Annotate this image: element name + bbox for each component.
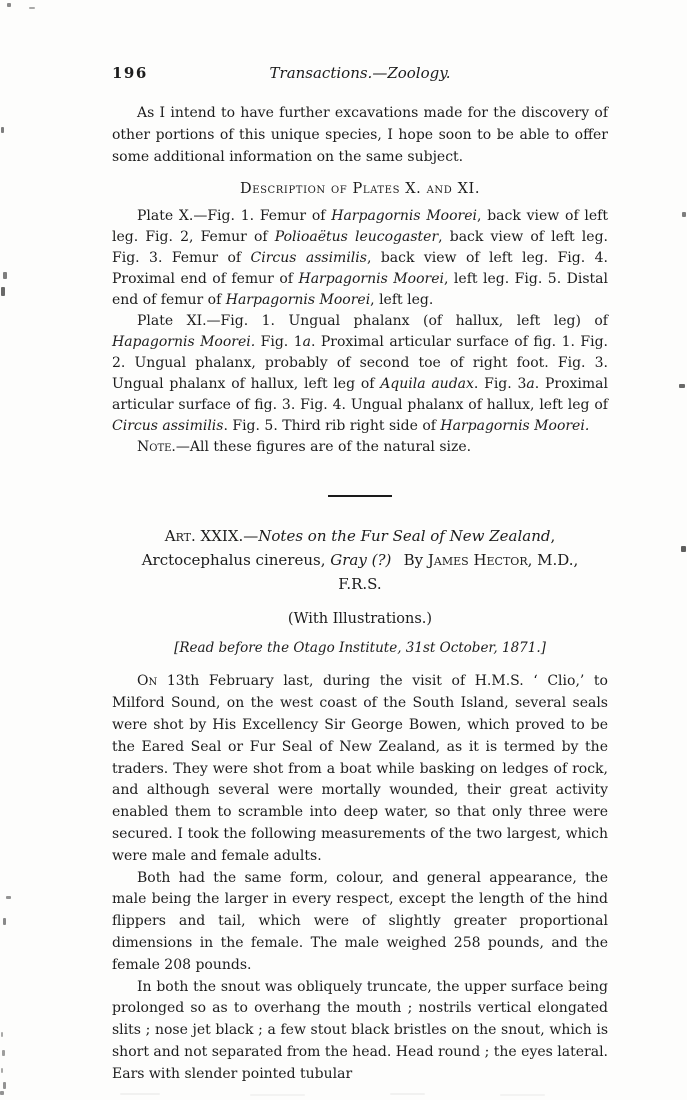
article-title: Art. XXIX.—Notes on the Fur Seal of New … [112, 524, 608, 596]
article-subtitle: (With Illustrations.) [112, 611, 608, 627]
article-paragraph-3: In both the snout was obliquely truncate… [112, 977, 608, 1086]
page-header: 196 Transactions.—Zoology. [112, 64, 608, 86]
scan-speck [1, 127, 4, 133]
scan-speck [1, 1068, 3, 1073]
plate-x-paragraph: Plate X.—Fig. 1. Femur of Harpagornis Mo… [112, 206, 608, 311]
intro-paragraph: As I intend to have further excavations … [112, 103, 608, 168]
scan-speck [0, 1091, 4, 1095]
scan-speck [6, 896, 11, 899]
scanned-page: 196 Transactions.—Zoology. As I intend t… [0, 0, 687, 1100]
plate-xi-paragraph: Plate XI.—Fig. 1. Ungual phalanx (of hal… [112, 311, 608, 437]
scan-speck [7, 3, 11, 7]
scan-speck [3, 272, 7, 279]
scan-speck [1, 287, 5, 296]
bleed-through-mark [250, 1094, 305, 1096]
scan-speck [682, 212, 686, 217]
article-paragraph-2: Both had the same form, colour, and gene… [112, 868, 608, 977]
section-divider [328, 495, 392, 497]
page-number: 196 [112, 64, 148, 82]
bleed-through-mark [500, 1094, 545, 1096]
page-content: 196 Transactions.—Zoology. As I intend t… [112, 64, 608, 1086]
scan-speck [1, 1032, 3, 1037]
scan-speck [3, 1082, 6, 1089]
bleed-through-mark [120, 1093, 160, 1095]
plates-heading: Description of Plates X. and XI. [112, 181, 608, 197]
scan-speck [2, 1050, 5, 1056]
scan-speck [29, 7, 35, 9]
plates-note: Note.—All these figures are of the natur… [112, 437, 608, 458]
bleed-through-mark [390, 1093, 425, 1095]
scan-speck [3, 918, 6, 925]
article-paragraph-1: On 13th February last, during the visit … [112, 671, 608, 867]
scan-speck [679, 384, 685, 388]
article-read-before: [Read before the Otago Institute, 31st O… [112, 640, 608, 656]
scan-speck [681, 546, 686, 552]
running-title: Transactions.—Zoology. [112, 64, 608, 82]
